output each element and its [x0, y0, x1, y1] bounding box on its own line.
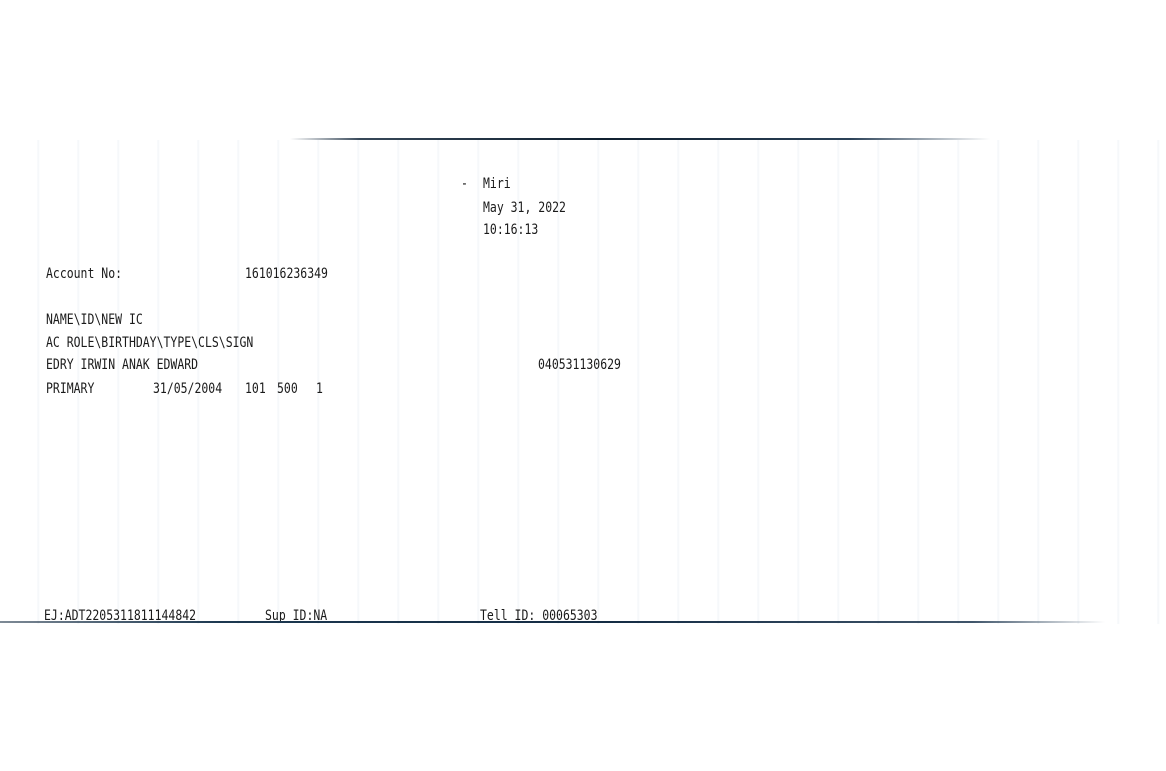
column-header-role-details: AC ROLE\BIRTHDAY\TYPE\CLS\SIGN: [46, 335, 253, 351]
column-header-name-id: NAME\ID\NEW IC: [46, 312, 143, 328]
holder-sign: 1: [316, 381, 323, 397]
account-number-value: 161016236349: [245, 266, 328, 282]
print-time: 10:16:13: [483, 222, 538, 238]
account-number-label: Account No:: [46, 266, 122, 282]
print-date: May 31, 2022: [483, 200, 566, 216]
holder-type: 101: [245, 381, 266, 397]
paper-bottom-edge: [0, 621, 1105, 623]
holder-account-role: PRIMARY: [46, 381, 94, 397]
holder-name: EDRY IRWIN ANAK EDWARD: [46, 357, 198, 373]
holder-new-ic: 040531130629: [538, 357, 621, 373]
branch-bullet: -: [461, 176, 468, 192]
branch-name: Miri: [483, 176, 511, 192]
holder-birthday: 31/05/2004: [153, 381, 222, 397]
holder-class: 500: [277, 381, 298, 397]
paper-top-edge: [290, 138, 990, 140]
